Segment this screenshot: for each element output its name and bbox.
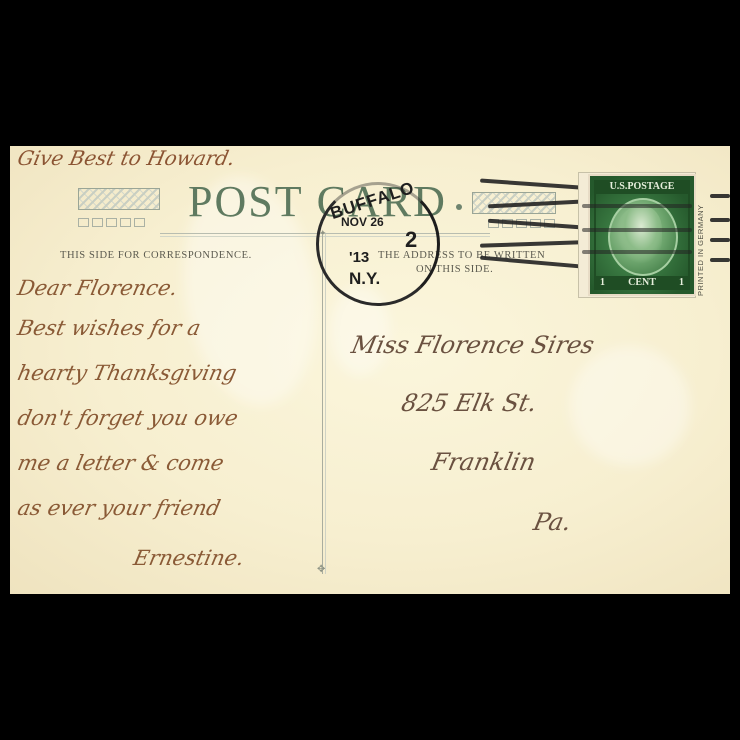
message-line: don't forget you owe [15,406,240,430]
message-line: as ever your friend [15,496,222,520]
center-divider [322,234,323,574]
postcard-back: POST CARD ✦ ✥ THIS SIDE FOR CORRESPONDEN… [10,146,730,594]
postage-stamp: U.S.POSTAGE 1 CENT 1 [588,174,696,296]
cancellation-line [480,240,580,247]
message-signature: Ernestine. [131,546,246,570]
cancellation-line [710,258,730,262]
message-line: Best wishes for a [15,316,202,340]
cancellation-line [582,228,692,232]
square-ornament-left [78,218,145,227]
correspondence-label: THIS SIDE FOR CORRESPONDENCE. [60,250,252,261]
postmark: BUFFALO NOV 26 2 '13 N.Y. [316,182,440,306]
message-line: Dear Florence. [15,276,179,300]
cancellation-line [582,250,692,254]
address-line-recipient: Miss Florence Sires [349,331,597,359]
center-divider [325,234,326,574]
address-line-state: Pa. [531,508,574,536]
laurel-ornament-left [78,188,160,210]
washington-portrait-icon [616,206,662,264]
postmark-year: '13 [349,249,369,266]
cancellation-line [710,218,730,222]
postmark-hour: 2 [405,227,417,253]
postmark-date: NOV 26 [341,215,384,229]
cancellation-line [710,194,730,198]
ornament-knot-icon: ✥ [317,564,325,575]
stamp-denomination: 1 CENT 1 [596,276,688,290]
postmark-state: N.Y. [349,269,380,289]
title-period [456,204,462,210]
printer-mark: PRINTED IN GERMANY [696,204,705,296]
message-line: me a letter & come [15,451,226,475]
address-line-street: 825 Elk St. [399,389,539,417]
embossed-decoration [570,346,690,466]
message-line: hearty Thanksgiving [15,361,238,385]
handwritten-top-note: Give Best to Howard. [15,146,237,170]
cancellation-line [480,179,580,190]
stamp-top-text: U.S.POSTAGE [596,180,688,194]
address-line-city: Franklin [429,448,538,476]
cancellation-line [582,204,692,208]
cancellation-line [710,238,730,242]
